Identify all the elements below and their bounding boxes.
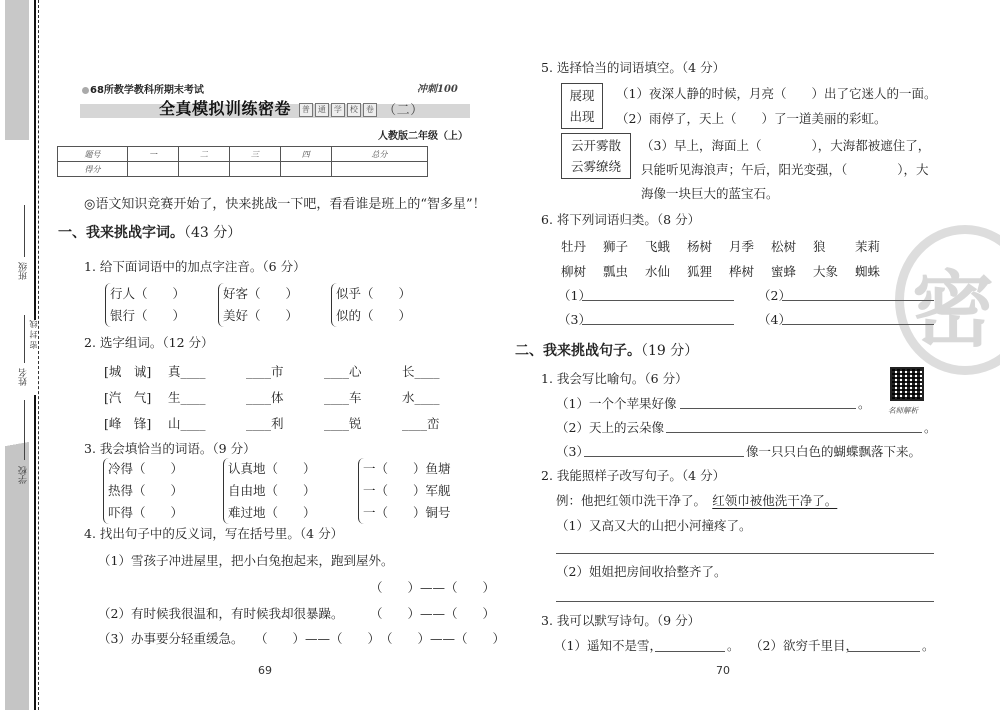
word-blank[interactable]: 生____ <box>168 388 246 406</box>
q1-title: 1. 给下面词语中的加点字注音。（6 分） <box>84 257 306 275</box>
score-table: 题号 一 二 三 四 总分 得分 <box>57 146 428 177</box>
qr-code-icon[interactable] <box>890 367 924 401</box>
word-choice-row: [城 诚] 真____ ____市 ____心 长____ <box>104 362 480 380</box>
simile-3-prefix: （3） <box>556 442 589 460</box>
pinyin-blank[interactable]: 美好（ ） <box>223 305 298 327</box>
q6-blank-2[interactable] <box>782 300 934 301</box>
q4-answer-1[interactable]: （ ）——（ ） <box>370 578 495 596</box>
fill-blank[interactable]: 一（ ）军舰 <box>363 480 451 502</box>
q5-sentence-3c: 海像一块巨大的蓝宝石。 <box>641 184 779 202</box>
binding-rule-lower <box>34 395 36 710</box>
fill-blank[interactable]: 吓得（ ） <box>108 502 183 524</box>
section-2-heading: 二、我来挑战句子。（19 分） <box>515 340 698 360</box>
q1-group-1: 行人（ ） 银行（ ） <box>105 283 185 327</box>
simile-1-blank[interactable] <box>680 408 856 409</box>
school-blank-line <box>24 400 25 460</box>
word-blank[interactable]: 长____ <box>402 362 480 380</box>
word-blank[interactable]: ____锐 <box>324 414 402 432</box>
binding-rule-upper <box>34 0 36 320</box>
q6-blank-1[interactable] <box>582 300 734 301</box>
q6-title: 6. 将下列词语归类。（8 分） <box>541 210 700 228</box>
score-cell[interactable] <box>128 162 179 177</box>
class-blank-line <box>24 205 25 257</box>
intro-text: ◎语文知识竞赛开始了，快来挑战一下吧，看看谁是班上的“智多星”！ <box>84 193 486 212</box>
simile-2-text: （2）天上的云朵像 <box>556 418 664 436</box>
fill-blank[interactable]: 热得（ ） <box>108 480 183 502</box>
q4-answer-3[interactable]: （ ）——（ ） （ ）——（ ） <box>255 629 505 647</box>
word-blank[interactable]: ____体 <box>246 388 324 406</box>
score-cell[interactable] <box>229 162 280 177</box>
word-blank[interactable]: ____心 <box>324 362 402 380</box>
q3-group-2: 认真地（ ） 自由地（ ） 难过地（ ） <box>223 458 316 524</box>
pinyin-blank[interactable]: 好客（ ） <box>223 283 298 305</box>
q6-blank-2-label: （2） <box>758 286 791 304</box>
word-choice-row: [峰 锋] 山____ ____利 ____锐 ____峦 <box>104 414 480 432</box>
simile-2-blank[interactable] <box>666 432 922 433</box>
rewrite-example: 例：他把红领巾洗干净了。 红领巾被他洗干净了。 <box>556 491 837 509</box>
q1-group-3: 似乎（ ） 似的（ ） <box>331 283 411 327</box>
rewrite-1-text: （1）又高又大的山把小河撞疼了。 <box>556 516 751 534</box>
q5-word-box-1: 展现 出现 <box>561 83 603 129</box>
s2-q2-title: 2. 我能照样子改写句子。（4 分） <box>541 466 725 484</box>
fill-blank[interactable]: 一（ ）铜号 <box>363 502 451 524</box>
title-box: 校 <box>347 103 361 117</box>
fill-blank[interactable]: 难过地（ ） <box>228 502 316 524</box>
q4-item-3: （3）办事要分轻重缓急。 <box>98 629 243 647</box>
q1-group-2: 好客（ ） 美好（ ） <box>218 283 298 327</box>
title-box: 普 <box>299 103 313 117</box>
score-cell[interactable] <box>331 162 427 177</box>
section-1-heading: 一、我来挑战字词。（43 分） <box>58 222 241 242</box>
score-cell[interactable] <box>178 162 229 177</box>
publisher-label: 68所教学教科所期末考试 <box>82 81 204 96</box>
q6-word-row-2: 柳树瓢虫水仙狐狸桦树蜜蜂大象蜘蛛 <box>561 262 897 280</box>
word-blank[interactable]: ____利 <box>246 414 324 432</box>
rewrite-1-answer-line[interactable] <box>556 553 934 554</box>
title-box: 学 <box>331 103 345 117</box>
score-table-score-row: 得分 <box>58 162 428 177</box>
qr-label: 名师解析 <box>888 405 918 416</box>
fill-blank[interactable]: 冷得（ ） <box>108 458 183 480</box>
word-blank[interactable]: 水____ <box>402 388 480 406</box>
score-cell[interactable] <box>280 162 331 177</box>
q4-answer-2[interactable]: （ ）——（ ） <box>370 604 495 622</box>
q3-group-1: 冷得（ ） 热得（ ） 吓得（ ） <box>103 458 183 524</box>
title-box: 通 <box>315 103 329 117</box>
q6-word-row-1: 牡丹狮子飞蛾杨树月季松树狼茉莉 <box>561 237 897 255</box>
name-blank-line <box>24 315 25 363</box>
edition-label: 人教版二年级（上） <box>378 127 468 142</box>
rewrite-2-text: （2）姐姐把房间收拾整齐了。 <box>556 562 726 580</box>
word-choice-row: [汽 气] 生____ ____体 ____车 水____ <box>104 388 480 406</box>
title-box: 卷 <box>363 103 377 117</box>
q5-word-box-2: 云开雾散 云雾缭绕 <box>561 133 631 179</box>
poem-2-blank[interactable] <box>848 651 920 652</box>
poem-2-text: （2）欲穷千里目， <box>750 636 858 654</box>
fill-blank[interactable]: 自由地（ ） <box>228 480 316 502</box>
fill-blank[interactable]: 认真地（ ） <box>228 458 316 480</box>
name-label: 姓名 <box>17 368 30 386</box>
poem-1-text: （1）遥知不是雪， <box>554 636 662 654</box>
class-label: 班级 <box>17 262 30 280</box>
school-label: 学校 <box>17 466 30 484</box>
seal-dotted-line <box>38 0 39 710</box>
q5-sentence-3a[interactable]: （3）早上，海面上（ ），大海都被遮住了， <box>641 136 930 154</box>
q4-item-2: （2）有时候我很温和，有时候我却很暴躁。 <box>98 604 343 622</box>
pinyin-blank[interactable]: 似乎（ ） <box>336 283 411 305</box>
fill-blank[interactable]: 一（ ）鱼塘 <box>363 458 451 480</box>
title-box-group: 普 通 学 校 卷 <box>299 103 377 117</box>
page-number-left: 69 <box>258 664 272 677</box>
word-blank[interactable]: 真____ <box>168 362 246 380</box>
page-title: 全真模拟训练密卷 普 通 学 校 卷 （二） <box>159 96 424 119</box>
seal-line-label: 密 封 线 <box>28 320 39 349</box>
q6-blank-3-label: （3） <box>558 310 591 328</box>
poem-1-blank[interactable] <box>655 651 725 652</box>
watermark-seal-char: 密 <box>912 245 994 362</box>
simile-1-text: （1）一个个苹果好像 <box>556 394 676 412</box>
s2-q1-title: 1. 我会写比喻句。（6 分） <box>541 369 688 387</box>
page-number-right: 70 <box>716 664 730 677</box>
word-blank[interactable]: 山____ <box>168 414 246 432</box>
q2-title: 2. 选字组词。（12 分） <box>84 333 214 351</box>
pinyin-blank[interactable]: 似的（ ） <box>336 305 411 327</box>
score-table-header-row: 题号 一 二 三 四 总分 <box>58 147 428 162</box>
pinyin-blank[interactable]: 行人（ ） <box>110 283 185 305</box>
binding-shade-top <box>5 0 29 140</box>
q4-title: 4. 找出句子中的反义词，写在括号里。（4 分） <box>84 524 343 542</box>
simile-3-blank[interactable] <box>584 456 744 457</box>
q6-blank-1-label: （1） <box>558 286 591 304</box>
q5-sentence-2[interactable]: （2）雨停了，天上（ ）了一道美丽的彩虹。 <box>616 109 886 127</box>
pinyin-blank[interactable]: 银行（ ） <box>110 305 185 327</box>
q3-group-3: 一（ ）鱼塘 一（ ）军舰 一（ ）铜号 <box>358 458 451 524</box>
q6-blank-3[interactable] <box>582 324 734 325</box>
word-blank[interactable]: ____峦 <box>402 414 480 432</box>
q6-blank-4[interactable] <box>782 324 934 325</box>
s2-q3-title: 3. 我可以默写诗句。（9 分） <box>541 611 700 629</box>
rewrite-2-answer-line[interactable] <box>556 601 934 602</box>
q5-sentence-3b[interactable]: 只能听见海浪声；午后，阳光变强，（ ），大 <box>641 160 929 178</box>
q5-title: 5. 选择恰当的词语填空。（4 分） <box>541 58 725 76</box>
series-label: 冲刺100 <box>417 80 458 95</box>
q4-item-1: （1）雪孩子冲进屋里，把小白兔抱起来，跑到屋外。 <box>98 551 393 569</box>
q3-title: 3. 我会填恰当的词语。（9 分） <box>84 439 256 457</box>
simile-3-suffix: 像一只只白色的蝴蝶飘落下来。 <box>746 442 921 460</box>
q5-sentence-1[interactable]: （1）夜深人静的时候，月亮（ ）出了它迷人的一面。 <box>616 84 936 102</box>
word-blank[interactable]: ____车 <box>324 388 402 406</box>
q6-blank-4-label: （4） <box>758 310 791 328</box>
word-blank[interactable]: ____市 <box>246 362 324 380</box>
